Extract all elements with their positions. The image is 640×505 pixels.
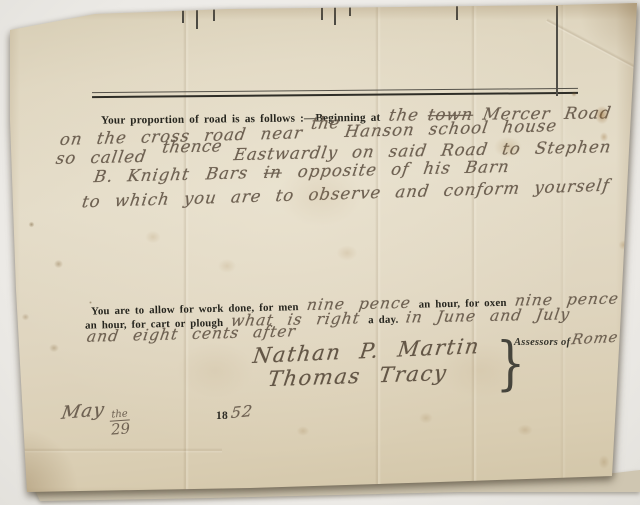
printed-tick-mark [321,7,323,20]
handwritten-insert-the: the [310,113,341,133]
assessors-printed-label: Assessors of [514,337,570,348]
handwritten-text: so called [55,147,149,168]
printed-year-prefix: 18 [216,410,228,422]
printed-tick-mark [182,8,184,23]
handwritten-struck-word: in [263,162,284,182]
signature-thomas-tracy: Thomas Tracy [268,361,448,391]
vertical-fold-crease [471,4,477,492]
rule-thick-line [92,92,578,99]
printed-tick-mark [349,7,351,16]
handwritten-text: opposite of his Barn [296,157,511,181]
handwritten-day-ordinal: the 29 [109,408,131,438]
signature-text: Thomas Tracy [266,361,449,391]
handwritten-text: Bars [204,163,249,183]
handwritten-day: 29 [111,420,131,438]
document-sheet-wrapper: Your proportion of road is as follows :—… [0,0,640,505]
handwritten-year-suffix: 52 [230,402,254,422]
printed-tick-mark [213,8,215,21]
printed-double-rule [92,88,578,99]
horizontal-fold-crease [2,448,222,453]
printed-tick-mark [456,6,458,20]
vertical-fold-crease [375,4,381,492]
handwritten-season: in June and July [405,305,572,326]
handwritten-insert-thence: thence [161,136,224,156]
assessors-town: Rome [572,330,618,348]
vertical-fold-crease [183,4,189,492]
year-group: 18 52 [216,405,253,423]
corner-crease [546,18,640,93]
document-sheet: Your proportion of road is as follows :—… [0,0,640,505]
photographed-document-scene: Your proportion of road is as follows :—… [0,0,640,505]
printed-tick-mark [334,7,336,25]
date-line: May the 29 [62,401,131,438]
vertical-fold-crease [560,4,566,492]
allowance-printed-text: a day. [368,314,398,327]
printed-right-border-line [556,6,558,96]
handwritten-month: May [60,399,106,424]
printed-tick-mark [196,8,198,29]
handwritten-town-name: Rome [570,330,620,348]
handwritten-text: B. Knight [93,165,192,186]
